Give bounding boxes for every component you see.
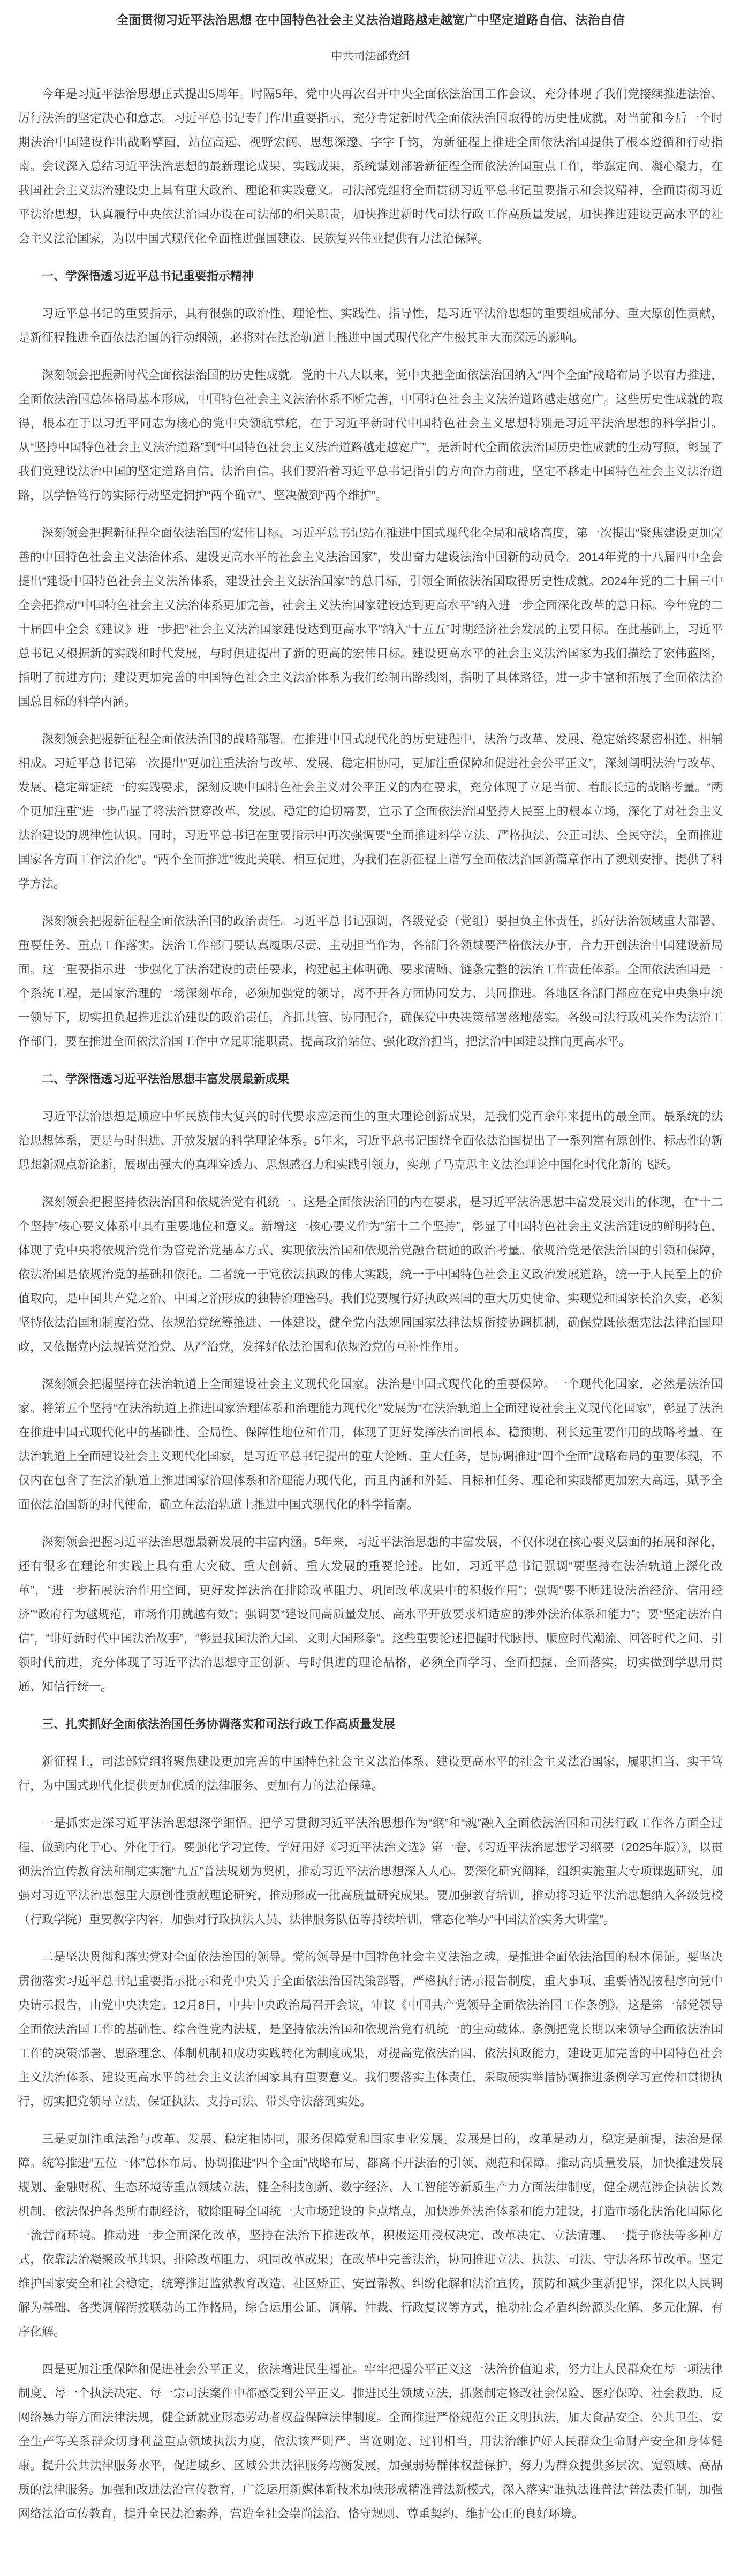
article-paragraph: 今年是习近平法治思想正式提出5周年。时隔5年，党中央再次召开中央全面依法治国工作… bbox=[18, 82, 723, 251]
article: 全面贯彻习近平法治思想 在中国特色社会主义法治道路越走越宽广中坚定道路自信、法治… bbox=[0, 0, 741, 2566]
article-paragraph: 二是坚决贯彻和落实党对全面依法治国的领导。党的领导是中国特色社会主义法治之魂，是… bbox=[18, 1945, 723, 2113]
article-paragraph: 深刻领会把握新征程全面依法治国的政治责任。习近平总书记强调，各级党委（党组）要担… bbox=[18, 909, 723, 1054]
article-paragraph: 深刻领会把握坚持依法治国和依规治党有机统一。这是全面依法治国的内在要求，是习近平… bbox=[18, 1190, 723, 1359]
article-paragraph: 习近平总书记的重要指示，具有很强的政治性、理论性、实践性、指导性，是习近平法治思… bbox=[18, 301, 723, 350]
article-paragraph: 一是抓实走深习近平法治思想深学细悟。把学习贯彻习近平法治思想作为“纲”和“魂”融… bbox=[18, 1811, 723, 1931]
article-paragraph: 三是更加注重法治与改革、发展、稳定相协同，服务保障党和国家事业发展。发展是目的，… bbox=[18, 2127, 723, 2344]
article-paragraph: 习近平法治思想是顺应中华民族伟大复兴的时代要求应运而生的重大理论创新成果，是我们… bbox=[18, 1104, 723, 1177]
article-paragraph: 四是更加注重保障和促进社会公平正义，依法增进民生福祉。牢牢把握公平正义这一法治价… bbox=[18, 2357, 723, 2526]
article-paragraph: 深刻领会把握习近平法治思想最新发展的丰富内涵。5年来，习近平法治思想的丰富发展，… bbox=[18, 1530, 723, 1699]
article-paragraph: 深刻领会把握新时代全面依法治国的历史性成就。党的十八大以来，党中央把全面依法治国… bbox=[18, 363, 723, 507]
article-title: 全面贯彻习近平法治思想 在中国特色社会主义法治道路越走越宽广中坚定道路自信、法治… bbox=[34, 8, 707, 32]
article-byline: 中共司法部党组 bbox=[18, 44, 723, 69]
article-paragraph: 深刻领会把握新征程全面依法治国的战略部署。在推进中国式现代化的历史进程中，法治与… bbox=[18, 727, 723, 896]
article-paragraph: 新征程上，司法部党组将聚焦建设更加完善的中国特色社会主义法治体系、建设更高水平的… bbox=[18, 1749, 723, 1798]
article-paragraph: 深刻领会把握新征程全面依法治国的宏伟目标。习近平总书记站在推进中国式现代化全局和… bbox=[18, 521, 723, 714]
article-body: 今年是习近平法治思想正式提出5周年。时隔5年，党中央再次召开中央全面依法治国工作… bbox=[18, 82, 723, 2526]
section-heading: 二、学深悟透习近平法治思想丰富发展最新成果 bbox=[18, 1067, 723, 1091]
section-heading: 三、扎实抓好全面依法治国任务协调落实和司法行政工作高质量发展 bbox=[18, 1712, 723, 1736]
article-paragraph: 深刻领会把握坚持在法治轨道上全面建设社会主义现代化国家。法治是中国式现代化的重要… bbox=[18, 1372, 723, 1517]
section-heading: 一、学深悟透习近平总书记重要指示精神 bbox=[18, 264, 723, 288]
